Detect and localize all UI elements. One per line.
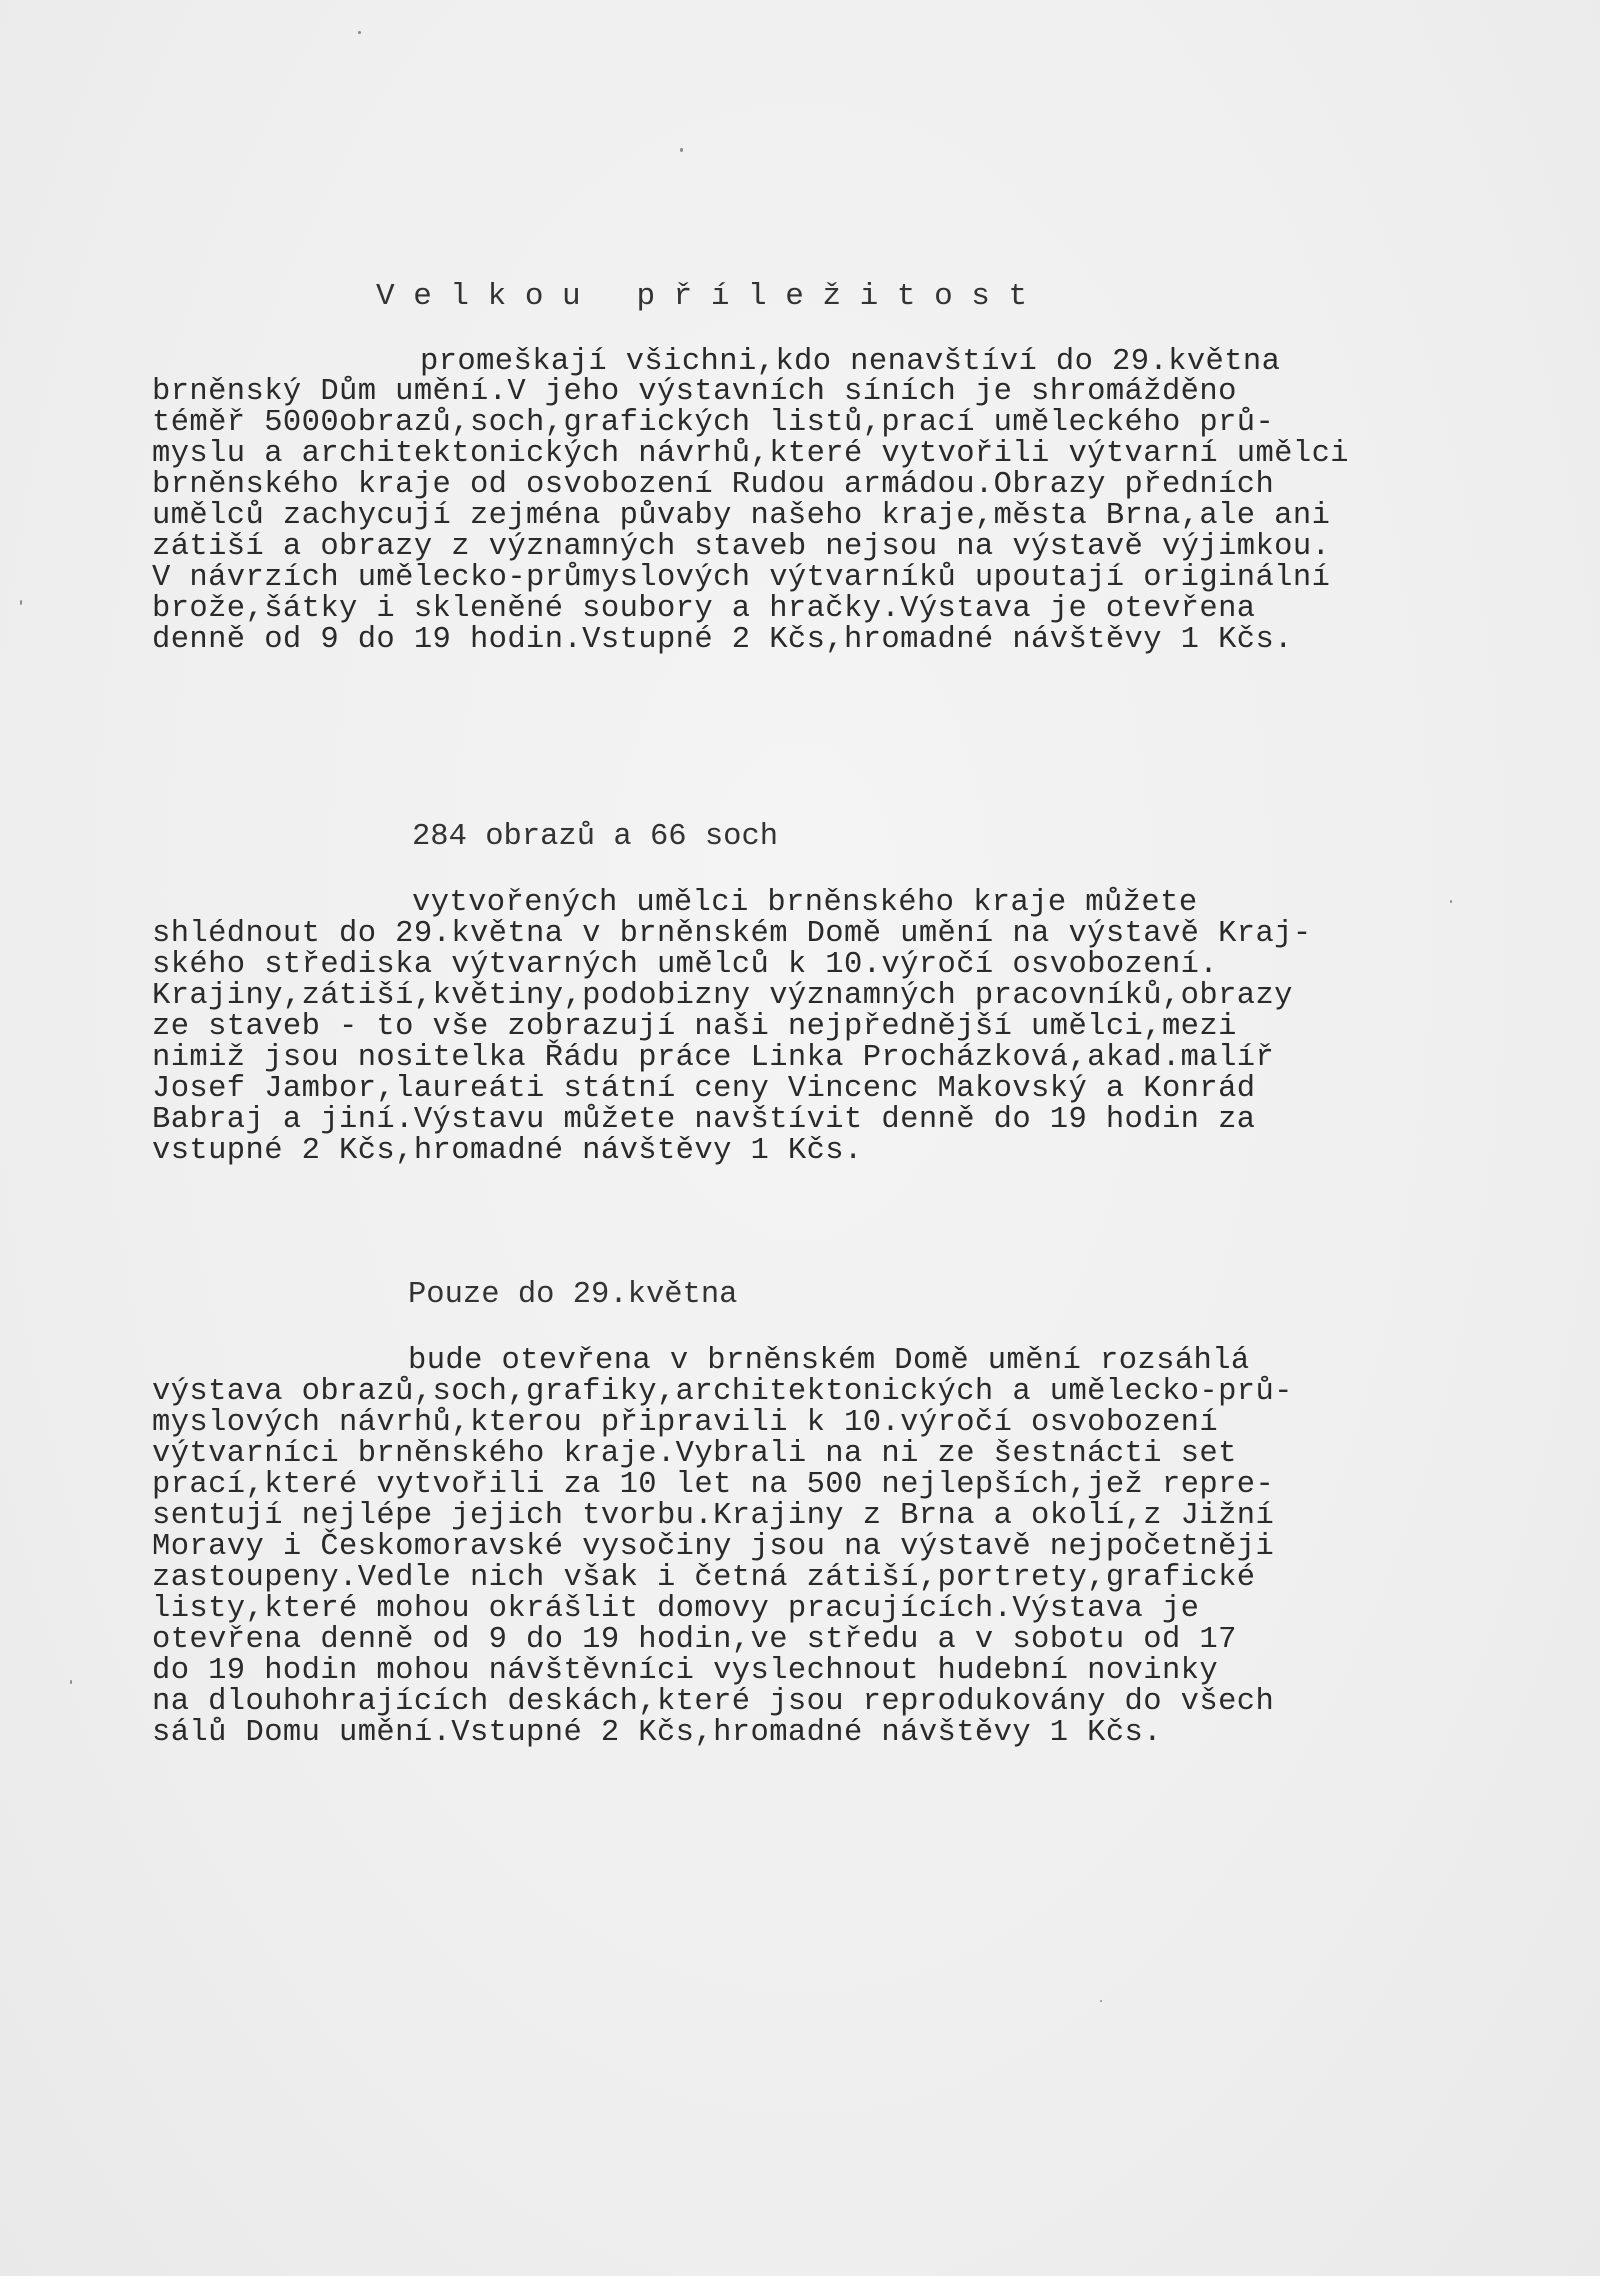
paragraph-line: brože,šátky i skleněné soubory a hračky.… — [152, 594, 1255, 624]
paragraph-line: Babraj a jiní.Výstavu můžete navštívit d… — [152, 1105, 1255, 1135]
paragraph-line: V návrzích umělecko-průmyslových výtvarn… — [152, 563, 1330, 593]
paragraph-line: myslu a architektonických návrhů,které v… — [152, 439, 1349, 469]
paragraph-line: Moravy i Českomoravské vysočiny jsou na … — [152, 1532, 1274, 1562]
paragraph-line: nimiž jsou nositelka Řádu práce Linka Pr… — [152, 1043, 1274, 1073]
paragraph-line: sentují nejlépe jejich tvorbu.Krajiny z … — [152, 1501, 1274, 1531]
paragraph-line: ze staveb - to vše zobrazují naši nejpře… — [152, 1012, 1237, 1042]
paragraph-line: na dlouhohrajících deskách,které jsou re… — [152, 1687, 1274, 1717]
paragraph-line: brněnský Dům umění.V jeho výstavních sín… — [152, 377, 1237, 407]
paragraph-line: Josef Jambor,laureáti státní ceny Vincen… — [152, 1074, 1255, 1104]
paragraph-line: zastoupeny.Vedle nich však i četná zátiš… — [152, 1563, 1255, 1593]
section-heading-velkou-prilezitost: V e l k o u p ř í l e ž i t o s t — [376, 280, 1027, 314]
paragraph-line: zátiší a obrazy z významných staveb nejs… — [152, 532, 1330, 562]
paragraph-line: listy,které mohou okrášlit domovy pracuj… — [152, 1594, 1199, 1624]
paragraph-line: sálů Domu umění.Vstupné 2 Kčs,hromadné n… — [152, 1718, 1162, 1748]
paragraph-line: bude otevřena v brněnském Domě umění roz… — [408, 1346, 1250, 1376]
paragraph-line: promeškají všichni,kdo nenavštíví do 29.… — [420, 347, 1280, 377]
paragraph-line: vytvořených umělci brněnského kraje může… — [412, 888, 1198, 918]
paragraph-line: Krajiny,zátiší,květiny,podobizny významn… — [152, 981, 1293, 1011]
paragraph-line: myslových návrhů,kterou připravili k 10.… — [152, 1408, 1218, 1438]
paragraph-line: ského střediska výtvarných umělců k 10.v… — [152, 950, 1218, 980]
paragraph-line: shlédnout do 29.května v brněnském Domě … — [152, 919, 1312, 949]
section-heading-pouze-do-29-kvetna: Pouze do 29.května — [408, 1278, 737, 1312]
section-heading-284-obrazu: 284 obrazů a 66 soch — [412, 820, 778, 854]
paragraph-line: vstupné 2 Kčs,hromadné návštěvy 1 Kčs. — [152, 1136, 863, 1166]
paragraph-line: denně od 9 do 19 hodin.Vstupné 2 Kčs,hro… — [152, 625, 1293, 655]
paragraph-line: výstava obrazů,soch,grafiky,architektoni… — [152, 1377, 1293, 1407]
paragraph-line: do 19 hodin mohou návštěvníci vyslechnou… — [152, 1656, 1218, 1686]
paragraph-line: prací,které vytvořili za 10 let na 500 n… — [152, 1470, 1274, 1500]
typewritten-page: V e l k o u p ř í l e ž i t o s t promeš… — [0, 0, 1600, 2276]
paragraph-line: téměř 5000obrazů,soch,grafických listů,p… — [152, 408, 1274, 438]
paragraph-line: výtvarníci brněnského kraje.Vybrali na n… — [152, 1439, 1237, 1469]
paragraph-line: otevřena denně od 9 do 19 hodin,ve střed… — [152, 1625, 1237, 1655]
paragraph-line: umělců zachycují zejména půvaby našeho k… — [152, 501, 1330, 531]
paragraph-line: brněnského kraje od osvobození Rudou arm… — [152, 470, 1274, 500]
